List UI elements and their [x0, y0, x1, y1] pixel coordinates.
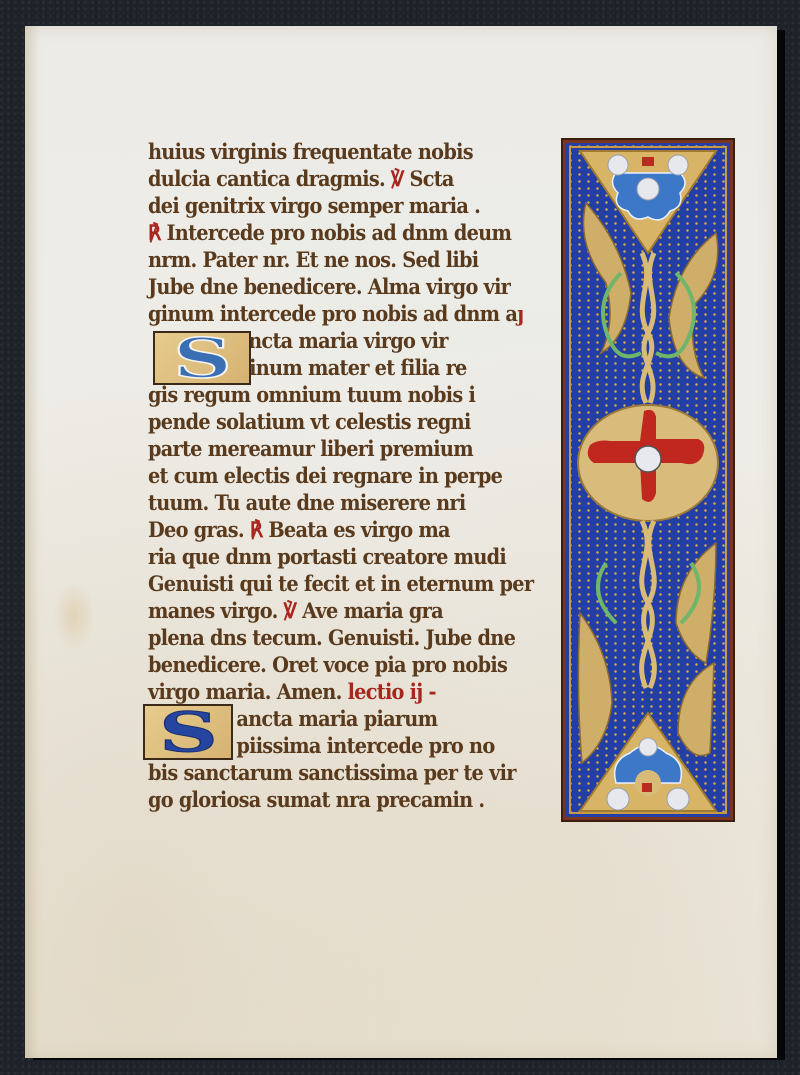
script-text: go gloriosa sumat nra precamin .: [148, 787, 484, 812]
script-text: piissima intercede pro no: [236, 733, 494, 758]
rubric-text: ℟: [148, 220, 166, 245]
margin-stain: [53, 581, 95, 651]
border-ornament-icon: [566, 143, 730, 817]
script-text: huius virginis frequentate nobis: [148, 139, 473, 164]
script-text: nrm. Pater nr. Et ne nos. Sed libi: [148, 247, 478, 272]
text-line: et cum electis dei regnare in perpe: [148, 462, 534, 489]
text-line: ginum intercede pro nobis ad dnm aȷ: [148, 300, 534, 327]
script-text: Genuisti qui te fecit et in eternum per: [148, 571, 533, 596]
rubric-text: ȷ: [517, 301, 523, 326]
vellum-leaf: huius virginis frequentate nobisdulcia c…: [25, 26, 777, 1058]
illuminated-border-panel: [563, 140, 733, 820]
illuminated-initial-s-2: S: [143, 704, 233, 760]
script-text: ancta maria piarum: [236, 706, 437, 731]
script-text: Scta: [409, 166, 453, 191]
script-text: parte mereamur liberi premium: [148, 436, 473, 461]
script-text: Intercede pro nobis ad dnm deum: [166, 220, 511, 245]
script-text: ancta maria virgo vir: [236, 328, 447, 353]
script-text: ria que dnm portasti creatore mudi: [148, 544, 506, 569]
script-text: et cum electis dei regnare in perpe: [148, 463, 502, 488]
rubric-text: ℟: [244, 517, 268, 542]
script-text: pende solatium vt celestis regni: [148, 409, 471, 434]
script-text: Jube dne benedicere. Alma virgo vir: [148, 274, 510, 299]
text-line: dei genitrix virgo semper maria .: [148, 192, 534, 219]
text-line: Deo gras. ℟ Beata es virgo ma: [148, 516, 534, 543]
text-line: ℟ Intercede pro nobis ad dnm deum: [148, 219, 534, 246]
text-line: plena dns tecum. Genuisti. Jube dne: [148, 624, 534, 651]
text-line: pende solatium vt celestis regni: [148, 408, 534, 435]
script-text: Beata es virgo ma: [268, 517, 450, 542]
text-line: huius virginis frequentate nobis: [148, 138, 534, 165]
script-text: Deo gras.: [148, 517, 244, 542]
script-text: tuum. Tu aute dne miserere nri: [148, 490, 465, 515]
text-line: tuum. Tu aute dne miserere nri: [148, 489, 534, 516]
text-line: go gloriosa sumat nra precamin .: [148, 786, 534, 813]
text-line: nrm. Pater nr. Et ne nos. Sed libi: [148, 246, 534, 273]
script-text: ginum mater et filia re: [236, 355, 466, 380]
text-line: parte mereamur liberi premium: [148, 435, 534, 462]
script-text: benedicere. Oret voce pia pro nobis: [148, 652, 507, 677]
text-line: Jube dne benedicere. Alma virgo vir: [148, 273, 534, 300]
text-line: benedicere. Oret voce pia pro nobis: [148, 651, 534, 678]
script-text: ginum intercede pro nobis ad dnm a: [148, 301, 517, 326]
script-text: manes virgo.: [148, 598, 278, 623]
text-line: manes virgo. ℣ Ave maria gra: [148, 597, 534, 624]
script-text: plena dns tecum. Genuisti. Jube dne: [148, 625, 515, 650]
script-text: Ave maria gra: [302, 598, 443, 623]
rubric-text: lectio ij -: [342, 679, 436, 704]
rubric-text: ℣: [385, 166, 409, 191]
script-text: dulcia cantica dragmis.: [148, 166, 385, 191]
rubric-text: ℣: [278, 598, 302, 623]
text-line: dulcia cantica dragmis. ℣ Scta: [148, 165, 534, 192]
illuminated-initial-s-1: S: [153, 331, 251, 385]
script-text: dei genitrix virgo semper maria .: [148, 193, 480, 218]
text-line: ria que dnm portasti creatore mudi: [148, 543, 534, 570]
text-line: Genuisti qui te fecit et in eternum per: [148, 570, 534, 597]
